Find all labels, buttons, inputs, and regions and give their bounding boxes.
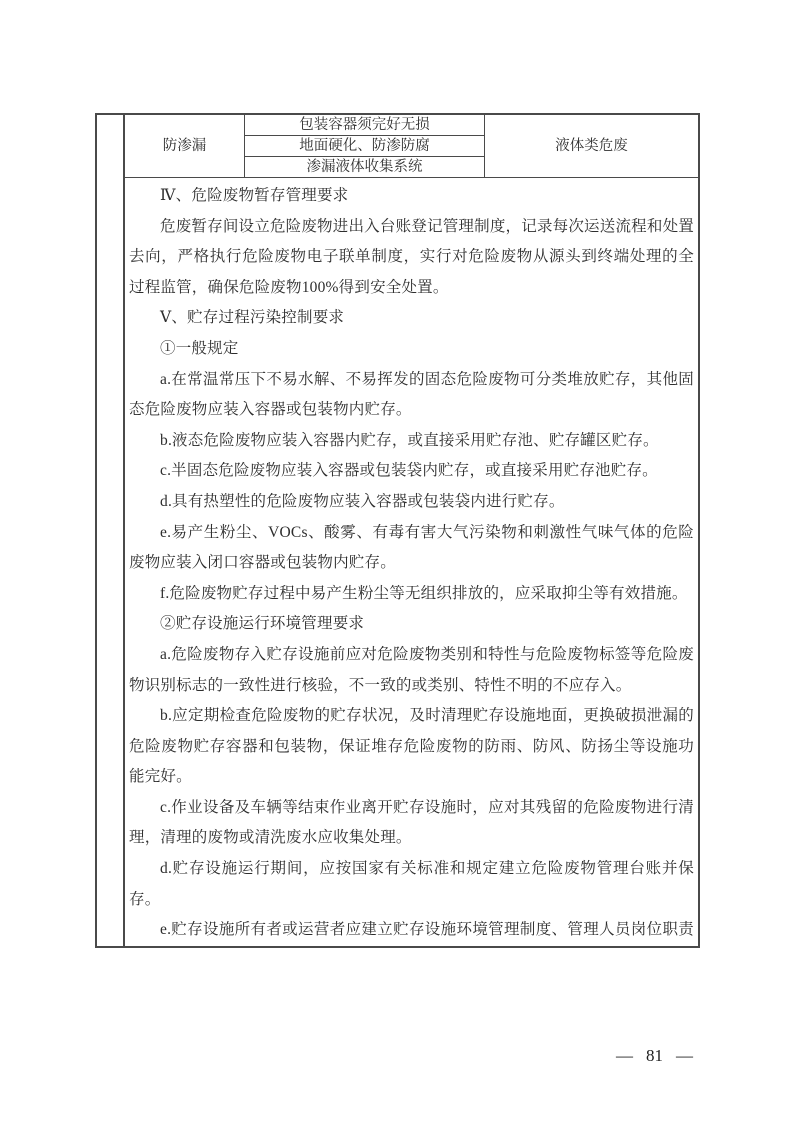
list-item-d1: d.具有热塑性的危险废物应装入容器或包装袋内进行贮存。 [129, 487, 694, 518]
list-item-c1: c.半固态危险废物应装入容器或包装袋内贮存，或直接采用贮存池贮存。 [129, 456, 694, 487]
paragraph: 危废暂存间设立危险废物进出入台账登记管理制度，记录每次运送流程和处置去向，严格执… [129, 212, 694, 304]
table-cell-applies-to: 液体类危废 [485, 115, 699, 178]
list-item-c2: c.作业设备及车辆等结束作业离开贮存设施时，应对其残留的危险废物进行清理，清理的… [129, 793, 694, 854]
table-row: 防渗漏 包装容器须完好无损 液体类危废 [125, 115, 698, 136]
table-cell-measure-1: 包装容器须完好无损 [245, 115, 485, 136]
table-cell-row-label: 防渗漏 [125, 115, 245, 178]
seepage-prevention-table: 防渗漏 包装容器须完好无损 液体类危废 地面硬化、防渗防腐 渗漏液体收集系统 [125, 115, 698, 178]
list-item-f1: f.危险废物贮存过程中易产生粉尘等无组织排放的，应采取抑尘等有效措施。 [129, 579, 694, 610]
subsection-heading-2: ②贮存设施运行环境管理要求 [129, 609, 694, 640]
list-item-a2: a.危险废物存入贮存设施前应对危险废物类别和特性与危险废物标签等危险废物识别标志… [129, 640, 694, 701]
page-number-value: 81 [646, 1046, 663, 1066]
page-number-right-dash: — [676, 1046, 693, 1066]
document-page: 防渗漏 包装容器须完好无损 液体类危废 地面硬化、防渗防腐 渗漏液体收集系统 Ⅳ… [0, 0, 793, 1122]
list-item-e2: e.贮存设施所有者或运营者应建立贮存设施环境管理制度、管理人员岗位职责制度、设施… [129, 915, 694, 946]
content-column: 防渗漏 包装容器须完好无损 液体类危废 地面硬化、防渗防腐 渗漏液体收集系统 Ⅳ… [125, 115, 698, 946]
subsection-heading-1: ①一般规定 [129, 334, 694, 365]
list-item-b2: b.应定期检查危险废物的贮存状况，及时清理贮存设施地面，更换破损泄漏的危险废物贮… [129, 701, 694, 793]
table-cell-measure-2: 地面硬化、防渗防腐 [245, 136, 485, 157]
page-number-left-dash: — [616, 1046, 633, 1066]
list-item-b1: b.液态危险废物应装入容器内贮存，或直接采用贮存池、贮存罐区贮存。 [129, 426, 694, 457]
list-item-d2: d.贮存设施运行期间，应按国家有关标准和规定建立危险废物管理台账并保存。 [129, 854, 694, 915]
section-heading-iv: Ⅳ、危险废物暂存管理要求 [129, 181, 694, 212]
list-item-a1: a.在常温常压下不易水解、不易挥发的固态危险废物可分类堆放贮存，其他固态危险废物… [129, 365, 694, 426]
table-cell-measure-3: 渗漏液体收集系统 [245, 157, 485, 178]
section-heading-v: Ⅴ、贮存过程污染控制要求 [129, 303, 694, 334]
table-left-gutter-column [97, 115, 125, 946]
page-number: — 81 — [616, 1046, 693, 1066]
content-frame: 防渗漏 包装容器须完好无损 液体类危废 地面硬化、防渗防腐 渗漏液体收集系统 Ⅳ… [95, 113, 700, 948]
body-text: Ⅳ、危险废物暂存管理要求 危废暂存间设立危险废物进出入台账登记管理制度，记录每次… [125, 178, 698, 946]
list-item-e1: e.易产生粉尘、VOCs、酸雾、有毒有害大气污染物和刺激性气味气体的危险废物应装… [129, 518, 694, 579]
